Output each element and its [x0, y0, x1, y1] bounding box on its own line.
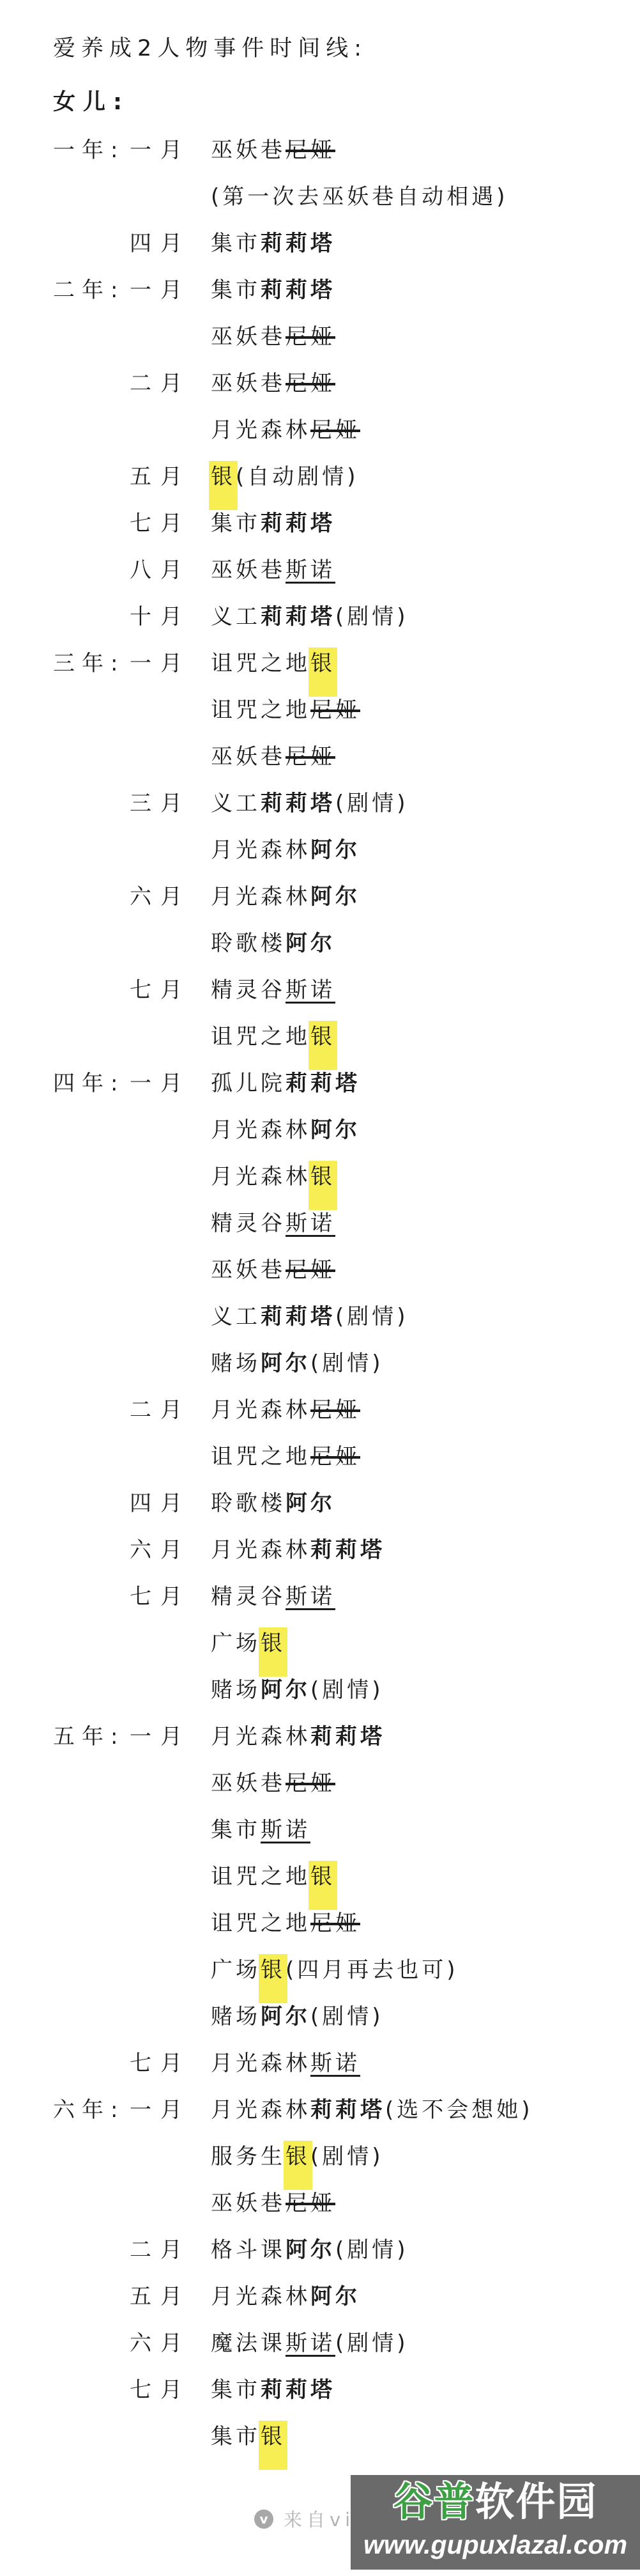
month-label: 六月	[130, 1532, 211, 1563]
timeline-row: 月光森林银	[0, 1151, 640, 1198]
event-entry: 月光森林莉莉塔(选不会想她)	[211, 2092, 640, 2123]
event-entry: 诅咒之地尼娅	[211, 692, 640, 724]
month-label: 一月	[130, 2092, 211, 2123]
event-entry: (第一次去巫妖巷自动相遇)	[211, 179, 640, 210]
character-name: 莉莉塔	[261, 277, 335, 303]
event-entry: 诅咒之地尼娅	[211, 1905, 640, 1937]
month-label: 七月	[130, 1579, 211, 1610]
event-entry: 巫妖巷尼娅	[211, 2185, 640, 2217]
timeline-row: 七月月光森林斯诺	[0, 2038, 640, 2084]
event-text: 服务生	[211, 2144, 286, 2169]
character-name: 阿尔	[261, 1677, 310, 1703]
event-text: 月光森林	[211, 1117, 310, 1143]
month-label: 七月	[130, 506, 211, 537]
month-label: 七月	[130, 2045, 211, 2077]
character-name-highlighted: 银	[261, 2424, 286, 2449]
year-label: 一年:	[0, 132, 130, 164]
event-text: 月光森林	[211, 2284, 310, 2309]
month-label: 二月	[130, 2232, 211, 2263]
event-text: 集市	[211, 1817, 261, 1843]
month-label: 一月	[130, 272, 211, 304]
event-entry: 精灵谷斯诺	[211, 1579, 640, 1610]
event-entry: 诅咒之地银	[211, 1859, 640, 1890]
event-text: (剧情)	[310, 2004, 384, 2029]
event-text: 魔法课	[211, 2331, 286, 2356]
character-name-underlined: 斯诺	[310, 2051, 360, 2076]
month-label: 七月	[130, 2372, 211, 2403]
timeline-row: 巫妖巷尼娅	[0, 1758, 640, 1804]
event-entry: 服务生银(剧情)	[211, 2139, 640, 2170]
event-text: 义工	[211, 791, 261, 816]
event-entry: 广场银	[211, 1626, 640, 1657]
character-name: 莉莉塔	[261, 1304, 335, 1330]
character-name: 莉莉塔	[261, 791, 335, 816]
event-text: 集市	[211, 2424, 261, 2449]
event-entry: 集市莉莉塔	[211, 506, 640, 537]
event-entry: 诅咒之地银	[211, 646, 640, 677]
event-text: 广场	[211, 1957, 261, 1983]
character-name-struck: 尼娅	[310, 697, 360, 723]
timeline-row: 二月格斗课阿尔(剧情)	[0, 2224, 640, 2271]
character-name: 莉莉塔	[310, 2097, 385, 2123]
event-text: 集市	[211, 277, 261, 303]
month-label: 六月	[130, 879, 211, 910]
month-label: 三月	[130, 786, 211, 817]
character-name-highlighted: 银	[310, 651, 335, 676]
character-name: 莉莉塔	[310, 1724, 385, 1750]
event-text: (选不会想她)	[385, 2097, 533, 2123]
character-name: 莉莉塔	[261, 511, 335, 536]
month-label: 一月	[130, 1719, 211, 1750]
event-entry: 月光森林斯诺	[211, 2045, 640, 2077]
month-label: 十月	[130, 599, 211, 630]
timeline-row: 月光森林尼娅	[0, 405, 640, 451]
character-name-struck: 尼娅	[310, 1397, 360, 1423]
timeline-row: 集市银	[0, 2411, 640, 2458]
watermark-url: www.gupuxlazal.com	[351, 2529, 640, 2561]
year-label: 六年:	[0, 2092, 130, 2123]
event-text: 巫妖巷	[211, 1771, 286, 1796]
character-name-underlined: 斯诺	[286, 1211, 335, 1236]
event-text: (剧情)	[310, 2144, 384, 2169]
timeline-row: 月光森林阿尔	[0, 1105, 640, 1151]
event-text: 月光森林	[211, 2097, 310, 2123]
character-name-struck: 尼娅	[286, 2191, 335, 2216]
event-entry: 巫妖巷尼娅	[211, 366, 640, 397]
character-name: 莉莉塔	[310, 1537, 385, 1563]
timeline-row: 月光森林阿尔	[0, 825, 640, 871]
timeline-row: (第一次去巫妖巷自动相遇)	[0, 171, 640, 218]
event-entry: 魔法课斯诺(剧情)	[211, 2325, 640, 2357]
character-name-struck: 尼娅	[310, 417, 360, 443]
event-text: (剧情)	[335, 604, 409, 630]
character-name: 阿尔	[286, 2237, 335, 2263]
event-text: 诅咒之地	[211, 697, 310, 723]
month-label: 二月	[130, 366, 211, 397]
character-name: 阿尔	[310, 1117, 360, 1143]
event-text: 赌场	[211, 1677, 261, 1703]
timeline-row: 四月集市莉莉塔	[0, 218, 640, 265]
character-name-struck: 尼娅	[286, 744, 335, 770]
event-entry: 月光森林银	[211, 1159, 640, 1190]
month-label: 二月	[130, 1392, 211, 1424]
timeline-row: 十月义工莉莉塔(剧情)	[0, 591, 640, 638]
event-entry: 精灵谷斯诺	[211, 972, 640, 1004]
event-text: 巫妖巷	[211, 2191, 286, 2216]
year-label: 三年:	[0, 646, 130, 677]
event-entry: 月光森林阿尔	[211, 2279, 640, 2310]
month-label: 四月	[130, 226, 211, 257]
timeline-row: 五月银(自动剧情)	[0, 451, 640, 498]
event-text: 巫妖巷	[211, 1257, 286, 1283]
watermark-banner: 谷普软件园 www.gupuxlazal.com	[351, 2475, 640, 2570]
event-text: (四月再去也可)	[286, 1957, 459, 1983]
timeline-row: 七月集市莉莉塔	[0, 498, 640, 545]
timeline-row: 六月月光森林阿尔	[0, 871, 640, 918]
timeline-row: 巫妖巷尼娅	[0, 311, 640, 358]
character-name-highlighted: 银	[310, 1164, 335, 1190]
event-text: 义工	[211, 1304, 261, 1330]
event-text: (剧情)	[335, 791, 409, 816]
character-name-highlighted: 银	[261, 1631, 286, 1656]
event-entry: 诅咒之地尼娅	[211, 1439, 640, 1470]
character-name: 莉莉塔	[286, 1071, 360, 1096]
event-entry: 赌场阿尔(剧情)	[211, 1672, 640, 1703]
timeline-row: 赌场阿尔(剧情)	[0, 1338, 640, 1385]
event-text: (剧情)	[310, 1351, 384, 1376]
event-text: (剧情)	[335, 1304, 409, 1330]
timeline-row: 五年:一月月光森林莉莉塔	[0, 1711, 640, 1758]
event-text: 月光森林	[211, 884, 310, 910]
event-text: 集市	[211, 2377, 261, 2403]
event-entry: 巫妖巷尼娅	[211, 1252, 640, 1284]
timeline-row: 二年:一月集市莉莉塔	[0, 265, 640, 311]
month-label: 七月	[130, 972, 211, 1004]
event-entry: 义工莉莉塔(剧情)	[211, 786, 640, 817]
event-text: 赌场	[211, 2004, 261, 2029]
event-entry: 集市莉莉塔	[211, 272, 640, 304]
year-label: 二年:	[0, 272, 130, 304]
timeline-row: 服务生银(剧情)	[0, 2131, 640, 2178]
event-text: 月光森林	[211, 1724, 310, 1750]
event-text: 月光森林	[211, 1397, 310, 1423]
event-entry: 巫妖巷斯诺	[211, 552, 640, 584]
watermark-brand-green: 谷普	[393, 2480, 475, 2524]
event-entry: 精灵谷斯诺	[211, 1206, 640, 1237]
character-name: 阿尔	[261, 1351, 310, 1376]
character-name: 阿尔	[310, 837, 360, 863]
month-label: 五月	[130, 2279, 211, 2310]
event-text: 月光森林	[211, 837, 310, 863]
year-label: 五年:	[0, 1719, 130, 1750]
timeline-row: 六年:一月月光森林莉莉塔(选不会想她)	[0, 2084, 640, 2131]
character-name: 阿尔	[310, 884, 360, 910]
event-text: 精灵谷	[211, 1584, 286, 1610]
event-entry: 聆歌楼阿尔	[211, 926, 640, 957]
month-label: 八月	[130, 552, 211, 584]
timeline-row: 三年:一月诅咒之地银	[0, 638, 640, 685]
timeline-row: 八月巫妖巷斯诺	[0, 545, 640, 591]
timeline-row: 诅咒之地银	[0, 1851, 640, 1898]
event-entry: 赌场阿尔(剧情)	[211, 1346, 640, 1377]
event-entry: 集市斯诺	[211, 1812, 640, 1843]
event-text: 格斗课	[211, 2237, 286, 2263]
event-text: 巫妖巷	[211, 557, 286, 583]
character-name: 阿尔	[286, 931, 335, 956]
event-text: 孤儿院	[211, 1071, 286, 1096]
character-name-underlined: 斯诺	[286, 557, 335, 583]
timeline-row: 六月月光森林莉莉塔	[0, 1525, 640, 1571]
character-name: 阿尔	[310, 2284, 360, 2309]
month-label: 五月	[130, 459, 211, 490]
character-name-underlined: 斯诺	[261, 1817, 310, 1843]
event-text: (剧情)	[310, 1677, 384, 1703]
event-text: 巫妖巷	[211, 744, 286, 770]
timeline-row: 三月义工莉莉塔(剧情)	[0, 778, 640, 825]
character-name: 莉莉塔	[261, 604, 335, 630]
month-label: 四月	[130, 1486, 211, 1517]
character-name: 莉莉塔	[261, 2377, 335, 2403]
character-name-highlighted: 银	[310, 1024, 335, 1050]
character-name-struck: 尼娅	[286, 371, 335, 396]
character-name-highlighted: 银	[286, 2144, 310, 2169]
timeline-row: 集市斯诺	[0, 1804, 640, 1851]
character-name-struck: 尼娅	[286, 1771, 335, 1796]
event-text: 月光森林	[211, 1164, 310, 1190]
event-entry: 巫妖巷尼娅	[211, 132, 640, 164]
timeline-row: 五月月光森林阿尔	[0, 2271, 640, 2318]
event-text: 聆歌楼	[211, 931, 286, 956]
character-name-struck: 尼娅	[286, 324, 335, 350]
character-name-struck: 尼娅	[310, 1444, 360, 1470]
event-entry: 月光森林尼娅	[211, 412, 640, 444]
event-text: 月光森林	[211, 2051, 310, 2076]
timeline-row: 广场银(四月再去也可)	[0, 1944, 640, 1991]
event-entry: 义工莉莉塔(剧情)	[211, 1299, 640, 1330]
watermark-brand-white: 软件园	[475, 2480, 598, 2524]
event-text: 精灵谷	[211, 1211, 286, 1236]
event-text: (自动剧情)	[236, 464, 359, 490]
event-text: 巫妖巷	[211, 324, 286, 350]
event-entry: 月光森林莉莉塔	[211, 1532, 640, 1563]
timeline-row: 赌场阿尔(剧情)	[0, 1991, 640, 2038]
event-text: (剧情)	[335, 2237, 409, 2263]
character-name-highlighted: 银	[211, 464, 236, 490]
timeline-row: 七月精灵谷斯诺	[0, 1571, 640, 1618]
event-entry: 义工莉莉塔(剧情)	[211, 599, 640, 630]
character-name-struck: 尼娅	[286, 1257, 335, 1283]
timeline-row: 诅咒之地尼娅	[0, 1431, 640, 1478]
event-entry: 孤儿院莉莉塔	[211, 1066, 640, 1097]
event-entry: 月光森林莉莉塔	[211, 1719, 640, 1750]
timeline-row: 二月月光森林尼娅	[0, 1385, 640, 1431]
character-name-struck: 尼娅	[286, 137, 335, 163]
event-text: 精灵谷	[211, 977, 286, 1003]
event-entry: 巫妖巷尼娅	[211, 1765, 640, 1797]
event-text: 诅咒之地	[211, 1864, 310, 1889]
watermark-brand: 谷普软件园	[351, 2476, 640, 2529]
timeline-row: 四月聆歌楼阿尔	[0, 1478, 640, 1525]
event-text: 赌场	[211, 1351, 261, 1376]
event-entry: 广场银(四月再去也可)	[211, 1952, 640, 1983]
character-name: 阿尔	[286, 1491, 335, 1516]
timeline-row: 七月集市莉莉塔	[0, 2364, 640, 2411]
event-entry: 月光森林阿尔	[211, 832, 640, 864]
event-entry: 银(自动剧情)	[211, 459, 640, 490]
character-name-underlined: 斯诺	[286, 977, 335, 1003]
event-entry: 集市莉莉塔	[211, 2372, 640, 2403]
event-text: 诅咒之地	[211, 1444, 310, 1470]
event-entry: 月光森林阿尔	[211, 879, 640, 910]
vivo-notes-icon: v	[254, 2510, 273, 2529]
character-name-highlighted: 银	[261, 1957, 286, 1983]
event-entry: 赌场阿尔(剧情)	[211, 1999, 640, 2030]
timeline-row: 广场银	[0, 1618, 640, 1664]
event-entry: 集市莉莉塔	[211, 226, 640, 257]
year-label: 四年:	[0, 1066, 130, 1097]
event-entry: 聆歌楼阿尔	[211, 1486, 640, 1517]
event-entry: 巫妖巷尼娅	[211, 739, 640, 770]
event-text: 诅咒之地	[211, 651, 310, 676]
event-text: 集市	[211, 231, 261, 256]
event-text: 聆歌楼	[211, 1491, 286, 1516]
event-entry: 集市银	[211, 2419, 640, 2450]
timeline-row: 一年:一月巫妖巷尼娅	[0, 125, 640, 171]
timeline-row: 七月精灵谷斯诺	[0, 965, 640, 1011]
event-text: 广场	[211, 1631, 261, 1656]
event-text: 月光森林	[211, 417, 310, 443]
event-entry: 格斗课阿尔(剧情)	[211, 2232, 640, 2263]
event-text: 诅咒之地	[211, 1024, 310, 1050]
month-label: 六月	[130, 2325, 211, 2357]
character-name-struck: 尼娅	[310, 1911, 360, 1936]
event-entry: 月光森林尼娅	[211, 1392, 640, 1424]
timeline-row: 诅咒之地银	[0, 1011, 640, 1058]
character-name: 阿尔	[261, 2004, 310, 2029]
character-name-underlined: 斯诺	[286, 1584, 335, 1610]
timeline-row: 二月巫妖巷尼娅	[0, 358, 640, 405]
event-text: 巫妖巷	[211, 137, 286, 163]
event-text: 巫妖巷	[211, 371, 286, 396]
month-label: 一月	[130, 132, 211, 164]
event-text: (第一次去巫妖巷自动相遇)	[211, 184, 508, 210]
event-text: 月光森林	[211, 1537, 310, 1563]
character-name-highlighted: 银	[310, 1864, 335, 1889]
event-text: (剧情)	[335, 2331, 409, 2356]
event-entry: 月光森林阿尔	[211, 1112, 640, 1144]
timeline-row: 聆歌楼阿尔	[0, 918, 640, 965]
timeline-row: 巫妖巷尼娅	[0, 2178, 640, 2224]
month-label: 一月	[130, 1066, 211, 1097]
character-name: 莉莉塔	[261, 231, 335, 256]
timeline: 一年:一月巫妖巷尼娅(第一次去巫妖巷自动相遇)四月集市莉莉塔二年:一月集市莉莉塔…	[0, 125, 640, 2458]
timeline-row: 义工莉莉塔(剧情)	[0, 1291, 640, 1338]
event-text: 义工	[211, 604, 261, 630]
event-entry: 巫妖巷尼娅	[211, 319, 640, 350]
timeline-row: 巫妖巷尼娅	[0, 731, 640, 778]
event-entry: 诅咒之地银	[211, 1019, 640, 1050]
event-text: 诅咒之地	[211, 1911, 310, 1936]
timeline-row: 巫妖巷尼娅	[0, 1245, 640, 1291]
section-heading-daughter: 女儿:	[53, 84, 130, 116]
page-title: 爱养成2人物事件时间线:	[53, 31, 367, 63]
event-text: 集市	[211, 511, 261, 536]
timeline-row: 赌场阿尔(剧情)	[0, 1664, 640, 1711]
month-label: 一月	[130, 646, 211, 677]
character-name-underlined: 斯诺	[286, 2331, 335, 2356]
timeline-row: 六月魔法课斯诺(剧情)	[0, 2318, 640, 2364]
